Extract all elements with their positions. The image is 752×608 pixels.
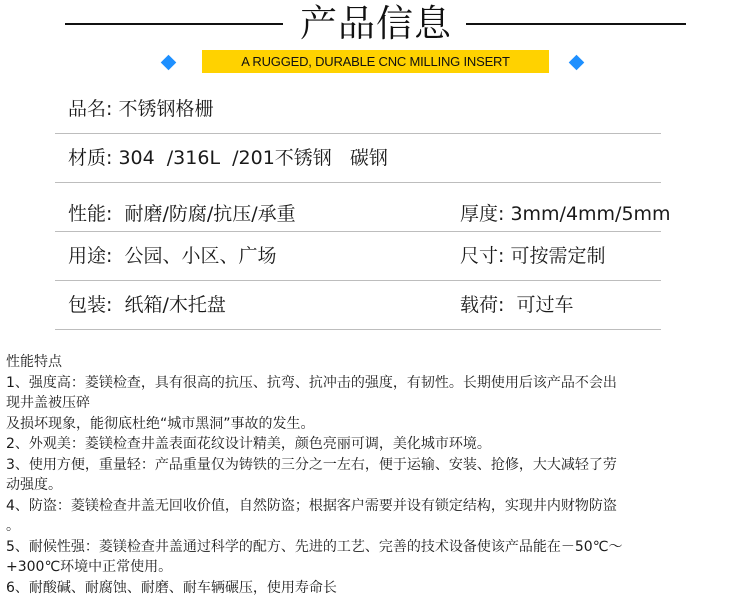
spec-thickness: 厚度: 3mm/4mm/5mm	[460, 202, 671, 226]
spec-performance: 性能: 耐磨/防腐/抗压/承重	[68, 202, 296, 226]
spec-row-material: 材质: 304 /316L /201不锈钢 碳钢	[55, 134, 661, 183]
feature-line: 。	[6, 516, 750, 537]
diamond-left-icon	[161, 55, 177, 71]
spec-usage: 用途: 公园、小区、广场	[68, 244, 276, 268]
subtitle-banner: A RUGGED, DURABLE CNC MILLING INSERT	[202, 50, 549, 73]
diamond-right-icon	[569, 55, 585, 71]
features-heading: 性能特点	[6, 352, 750, 373]
features-section: 性能特点 1、强度高：菱镁检查，具有很高的抗压、抗弯、抗冲击的强度，有韧性。长期…	[6, 352, 750, 598]
feature-line: 5、耐候性强：菱镁检查井盖通过科学的配方、先进的工艺、完善的技术设备使该产品能在…	[6, 537, 750, 558]
page-title: 产品信息	[0, 4, 752, 44]
feature-line: 及损坏现象，能彻底杜绝“城市黑洞”事故的发生。	[6, 414, 750, 435]
spec-packaging: 包装: 纸箱/木托盘	[68, 293, 226, 317]
spec-row-usage: 用途: 公园、小区、广场 尺寸: 可按需定制	[55, 232, 661, 281]
feature-line: 动强度。	[6, 475, 750, 496]
feature-line: 现井盖被压碎	[6, 393, 750, 414]
feature-line: 4、防盗：菱镁检查井盖无回收价值，自然防盗；根据客户需要并设有锁定结构，实现井内…	[6, 496, 750, 517]
spec-row-performance: 性能: 耐磨/防腐/抗压/承重 厚度: 3mm/4mm/5mm	[55, 183, 661, 232]
feature-line: 2、外观美：菱镁检查井盖表面花纹设计精美，颜色亮丽可调，美化城市环境。	[6, 434, 750, 455]
spec-size: 尺寸: 可按需定制	[460, 244, 605, 268]
feature-line: 6、耐酸碱、耐腐蚀、耐磨、耐车辆碾压，使用寿命长	[6, 578, 750, 599]
spec-material: 材质: 304 /316L /201不锈钢 碳钢	[68, 146, 388, 170]
spec-row-packaging: 包装: 纸箱/木托盘 载荷: 可过车	[55, 281, 661, 330]
feature-line: 3、使用方便，重量轻：产品重量仅为铸铁的三分之一左右，便于运输、安装、抢修，大大…	[6, 455, 750, 476]
spec-load: 载荷: 可过车	[460, 293, 573, 317]
spec-row-name: 品名: 不锈钢格栅	[55, 85, 661, 134]
feature-line: 1、强度高：菱镁检查，具有很高的抗压、抗弯、抗冲击的强度，有韧性。长期使用后该产…	[6, 373, 750, 394]
feature-line: +300℃环境中正常使用。	[6, 557, 750, 578]
page-title-text: 产品信息	[294, 2, 458, 45]
spec-name: 品名: 不锈钢格栅	[68, 97, 213, 121]
